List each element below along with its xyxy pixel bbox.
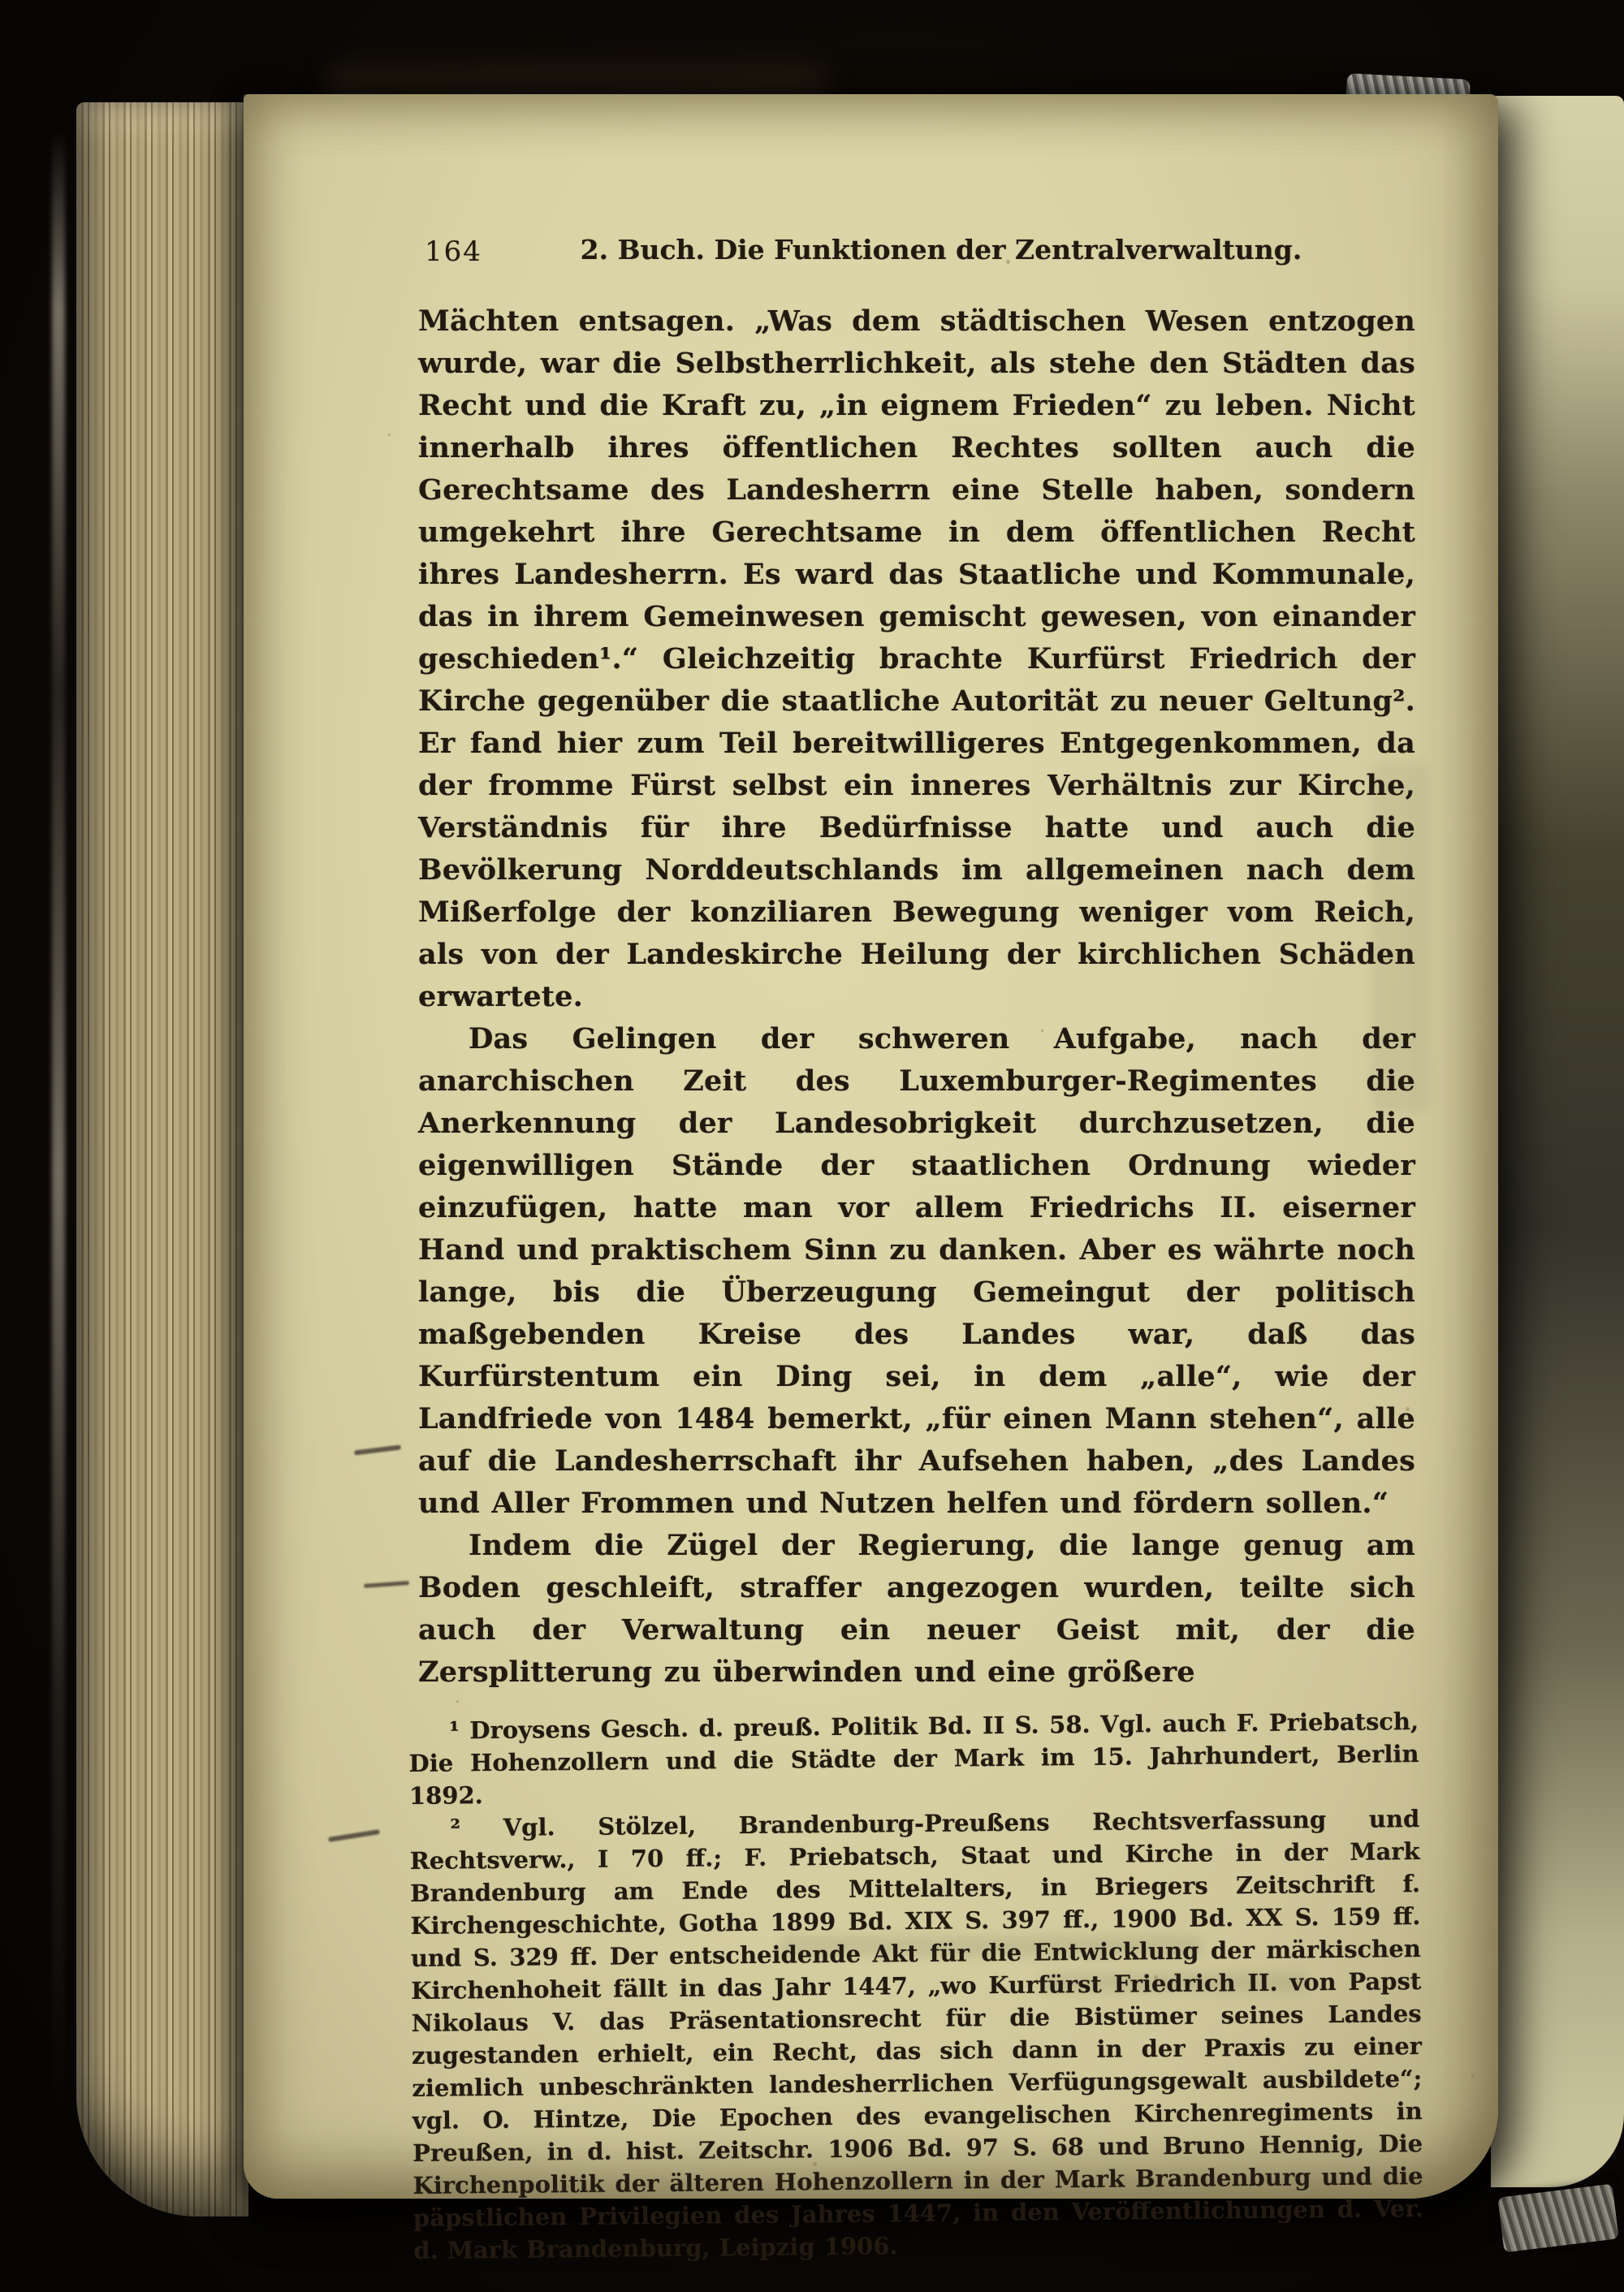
paper-speckles: [244, 94, 246, 97]
running-header: 2. Buch. Die Funktionen der Zentralverwa…: [418, 234, 1415, 265]
body-text: Mächten entsagen. „Was dem städtischen W…: [418, 300, 1415, 1694]
footnote: ² Vgl. Stölzel, Brandenburg-Preußens Rec…: [409, 1802, 1423, 2267]
page-header: 164 2. Buch. Die Funktionen der Zentralv…: [418, 234, 1415, 276]
footnote: ¹ Droysens Gesch. d. preuß. Politik Bd. …: [408, 1705, 1419, 1812]
facing-page-edge: [1491, 96, 1624, 2187]
body-paragraph: Indem die Zügel der Regierung, die lange…: [418, 1525, 1415, 1694]
body-paragraph: Mächten entsagen. „Was dem städtischen W…: [418, 300, 1415, 1018]
body-paragraph: Das Gelingen der schweren Aufgabe, nach …: [418, 1018, 1415, 1525]
page-number: 164: [425, 235, 482, 268]
footnotes: ¹ Droysens Gesch. d. preuß. Politik Bd. …: [408, 1705, 1423, 2267]
book-cover-edge: [52, 130, 65, 2135]
page-stack-fore-edge: [76, 102, 248, 2216]
book-photo: 164 2. Buch. Die Funktionen der Zentralv…: [0, 0, 1624, 2292]
headband-bottom: [1497, 2184, 1618, 2253]
page-content: 164 2. Buch. Die Funktionen der Zentralv…: [418, 234, 1415, 2267]
